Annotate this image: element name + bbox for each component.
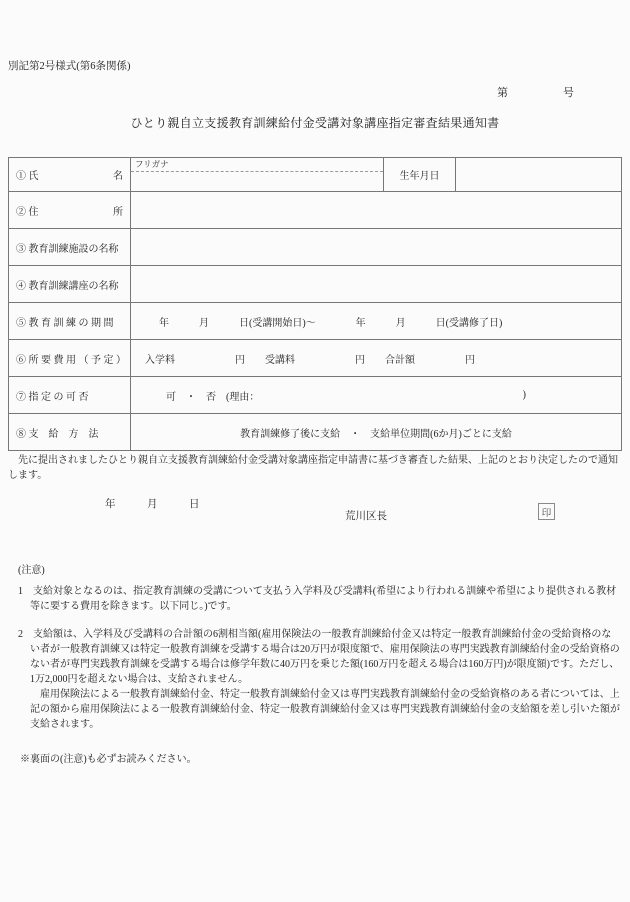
- table-row-cost: ⑥ 所 要 費 用 （ 予 定 ） 入学料 円 受講料 円 合計額 円: [9, 339, 621, 376]
- document-number: 第 号: [497, 84, 574, 100]
- approval-value: 可 ・ 否 (理由：: [166, 388, 259, 403]
- cost-row-label: ⑥ 所 要 費 用 （ 予 定 ）: [9, 340, 131, 376]
- cost-value: 入学料 円 受講料 円 合計額 円: [131, 340, 621, 376]
- table-row-approval: ⑦ 指 定 の 可 否 可 ・ 否 (理由： ): [9, 376, 621, 413]
- period-row-label: ⑤ 教 育 訓 練 の 期 間: [9, 303, 131, 339]
- payment-value: 教育訓練修了後に支給 ・ 支給単位期間(6か月)ごとに支給: [131, 414, 621, 450]
- note-item-2: 2 支給額は、入学料及び受講料の合計額の6割相当額(雇用保険法の一般教育訓練給付…: [18, 627, 620, 732]
- name-cell: フリガナ: [131, 158, 384, 191]
- approval-cell: 可 ・ 否 (理由： ): [131, 377, 621, 413]
- form-style-note: 別記第2号様式(第6条関係): [8, 58, 131, 73]
- note-item-1: 1 支給対象となるのは、指定教育訓練の受講について支払う入学料及び受講料(希望に…: [18, 584, 620, 614]
- address-row-label: ② 住 所: [9, 192, 131, 228]
- result-paragraph: 先に提出されましたひとり親自立支援教育訓練給付金受講対象講座指定申請書に基づき審…: [8, 453, 622, 483]
- page-title: ひとり親自立支援教育訓練給付金受講対象講座指定審査結果通知書: [0, 114, 630, 131]
- table-row-period: ⑤ 教 育 訓 練 の 期 間 年 月 日(受講開始日)～ 年 月 日(受講修了…: [9, 302, 621, 339]
- issuer-name: 荒川区長: [345, 508, 387, 523]
- name-label-start: ① 氏: [16, 167, 39, 182]
- table-row-facility: ③ 教育訓練施設の名称: [9, 228, 621, 265]
- date-line: 年 月 日: [105, 496, 200, 511]
- furigana-label: フリガナ: [131, 158, 383, 172]
- table-row-address: ② 住 所: [9, 191, 621, 228]
- reverse-side-note: ※裏面の(注意)も必ずお読みください。: [20, 750, 197, 765]
- table-row-course: ④ 教育訓練講座の名称: [9, 265, 621, 302]
- period-value: 年 月 日(受講開始日)～ 年 月 日(受講修了日): [131, 303, 621, 339]
- address-label-start: ② 住: [16, 203, 39, 218]
- birthdate-value: [456, 158, 621, 191]
- facility-row-label: ③ 教育訓練施設の名称: [9, 229, 131, 265]
- payment-row-label: ⑧ 支 給 方 法: [9, 414, 131, 450]
- approval-close-paren: ): [523, 390, 526, 401]
- address-label-end: 所: [113, 203, 123, 218]
- document-page: 別記第2号様式(第6条関係) 第 号 ひとり親自立支援教育訓練給付金受講対象講座…: [0, 0, 630, 902]
- name-row-label: ① 氏 名: [9, 158, 131, 191]
- table-row-payment: ⑧ 支 給 方 法 教育訓練修了後に支給 ・ 支給単位期間(6か月)ごとに支給: [9, 413, 621, 450]
- birthdate-label: 生年月日: [384, 158, 456, 191]
- note-2-subtext: 雇用保険法による一般教育訓練給付金、特定一般教育訓練給付金又は専門実践教育訓練給…: [30, 687, 620, 732]
- form-table: ① 氏 名 フリガナ 生年月日 ② 住 所 ③ 教育訓練施設の名称 ④ 教: [8, 157, 622, 451]
- facility-value: [131, 229, 621, 265]
- note-2-text: 2 支給額は、入学料及び受講料の合計額の6割相当額(雇用保険法の一般教育訓練給付…: [30, 627, 620, 687]
- course-row-label: ④ 教育訓練講座の名称: [9, 266, 131, 302]
- name-value: [131, 172, 383, 191]
- course-value: [131, 266, 621, 302]
- table-row-name: ① 氏 名 フリガナ 生年月日: [9, 158, 621, 191]
- seal-box: 印: [538, 503, 555, 520]
- address-value: [131, 192, 621, 228]
- name-label-end: 名: [113, 167, 123, 182]
- note-1-text: 1 支給対象となるのは、指定教育訓練の受講について支払う入学料及び受講料(希望に…: [30, 584, 620, 614]
- notes-list: 1 支給対象となるのは、指定教育訓練の受講について支払う入学料及び受講料(希望に…: [18, 584, 620, 732]
- notes-heading: (注意): [18, 561, 45, 576]
- approval-row-label: ⑦ 指 定 の 可 否: [9, 377, 131, 413]
